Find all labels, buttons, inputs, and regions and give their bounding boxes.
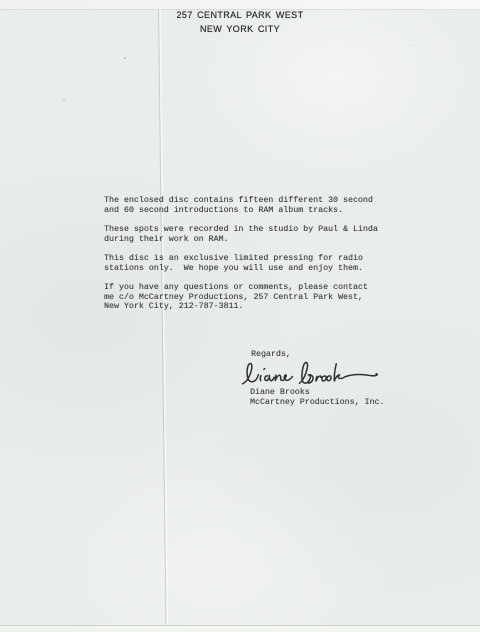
- letter-body: The enclosed disc contains fifteen diffe…: [104, 196, 378, 322]
- paragraph-1: The enclosed disc contains fifteen diffe…: [104, 196, 378, 215]
- paragraph-3: This disc is an exclusive limited pressi…: [104, 254, 378, 273]
- body-line: These spots were recorded in the studio …: [104, 225, 378, 235]
- paper-speck: [63, 99, 65, 101]
- body-line: This disc is an exclusive limited pressi…: [104, 254, 378, 264]
- paragraph-4: If you have any questions or comments, p…: [104, 283, 378, 312]
- body-line: and 60 second introductions to RAM album…: [104, 206, 378, 216]
- paper-bottom-edge: [0, 625, 480, 632]
- paper-speck: [124, 57, 126, 59]
- body-line: If you have any questions or comments, p…: [104, 283, 378, 293]
- signature-block: Diane Brooks McCartney Productions, Inc.: [250, 388, 384, 408]
- letterhead-city: NEW YORK CITY: [0, 23, 480, 37]
- letter-page: 257 CENTRAL PARK WEST NEW YORK CITY The …: [0, 0, 480, 632]
- signature-diane-brooks: [238, 360, 380, 390]
- paragraph-2: These spots were recorded in the studio …: [104, 225, 378, 244]
- body-line: stations only. We hope you will use and …: [104, 264, 378, 274]
- body-line: during their work on RAM.: [104, 235, 378, 245]
- company-name: McCartney Productions, Inc.: [250, 398, 384, 408]
- paper-speck: [409, 45, 411, 46]
- signature-stroke-last-name: [300, 362, 378, 383]
- body-line: The enclosed disc contains fifteen diffe…: [104, 196, 378, 206]
- body-line: me c/o McCartney Productions, 257 Centra…: [104, 293, 378, 303]
- body-line: New York City, 212-787-3811.: [104, 302, 378, 312]
- typed-name: Diane Brooks: [250, 388, 384, 398]
- letterhead-address: 257 CENTRAL PARK WEST: [0, 9, 480, 23]
- closing-salutation: Regards,: [251, 350, 291, 360]
- letterhead: 257 CENTRAL PARK WEST NEW YORK CITY: [0, 9, 480, 36]
- signature-stroke-first-name: [243, 363, 293, 383]
